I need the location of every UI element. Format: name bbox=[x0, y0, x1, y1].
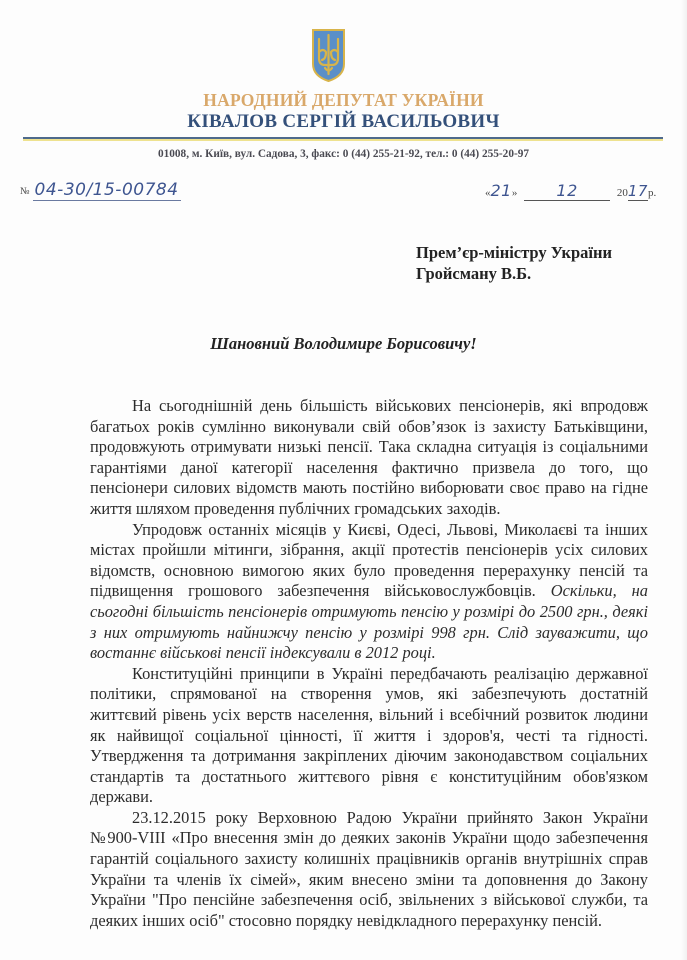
paragraph-1: На сьогоднішній день більшість військови… bbox=[90, 396, 648, 520]
letterhead-address: 01008, м. Київ, вул. Садова, 3, факс: 0 … bbox=[0, 148, 687, 160]
paragraph-4: 23.12.2015 року Верховною Радою України … bbox=[90, 808, 648, 932]
letterhead-divider bbox=[23, 137, 663, 142]
addressee-position: Прем’єр-міністру України bbox=[416, 242, 612, 263]
letterhead-title: НАРОДНИЙ ДЕПУТАТ УКРАЇНИ bbox=[0, 90, 687, 111]
date-quote-close: » bbox=[512, 187, 518, 199]
letter-date: «21» 12 2017р. bbox=[485, 181, 656, 201]
handwritten-year: 17 bbox=[628, 182, 648, 201]
addressee-block: Прем’єр-міністру України Гройсману В.Б. bbox=[416, 242, 612, 284]
outgoing-number: №04-30/15-00784 bbox=[20, 180, 181, 200]
paragraph-3: Конституційні принципи в Україні передба… bbox=[90, 664, 648, 808]
year-prefix: 20 bbox=[617, 187, 628, 199]
page-edge-shadow bbox=[681, 0, 687, 960]
letter-body: На сьогоднішній день більшість військови… bbox=[90, 396, 648, 931]
paragraph-2: Упродовж останніх місяців у Києві, Одесі… bbox=[90, 520, 648, 664]
letter-page: НАРОДНИЙ ДЕПУТАТ УКРАЇНИ КІВАЛОВ СЕРГІЙ … bbox=[0, 0, 687, 960]
handwritten-day: 21 bbox=[491, 181, 512, 200]
year-abbr: р. bbox=[648, 187, 656, 199]
number-sign: № bbox=[20, 186, 30, 197]
trident-coat-of-arms-icon bbox=[311, 28, 346, 82]
addressee-name: Гройсману В.Б. bbox=[416, 263, 612, 284]
salutation: Шановний Володимире Борисовичу! bbox=[0, 334, 687, 354]
letterhead-name: КІВАЛОВ СЕРГІЙ ВАСИЛЬОВИЧ bbox=[0, 111, 687, 133]
handwritten-number: 04-30/15-00784 bbox=[33, 180, 181, 201]
handwritten-month: 12 bbox=[524, 181, 610, 201]
